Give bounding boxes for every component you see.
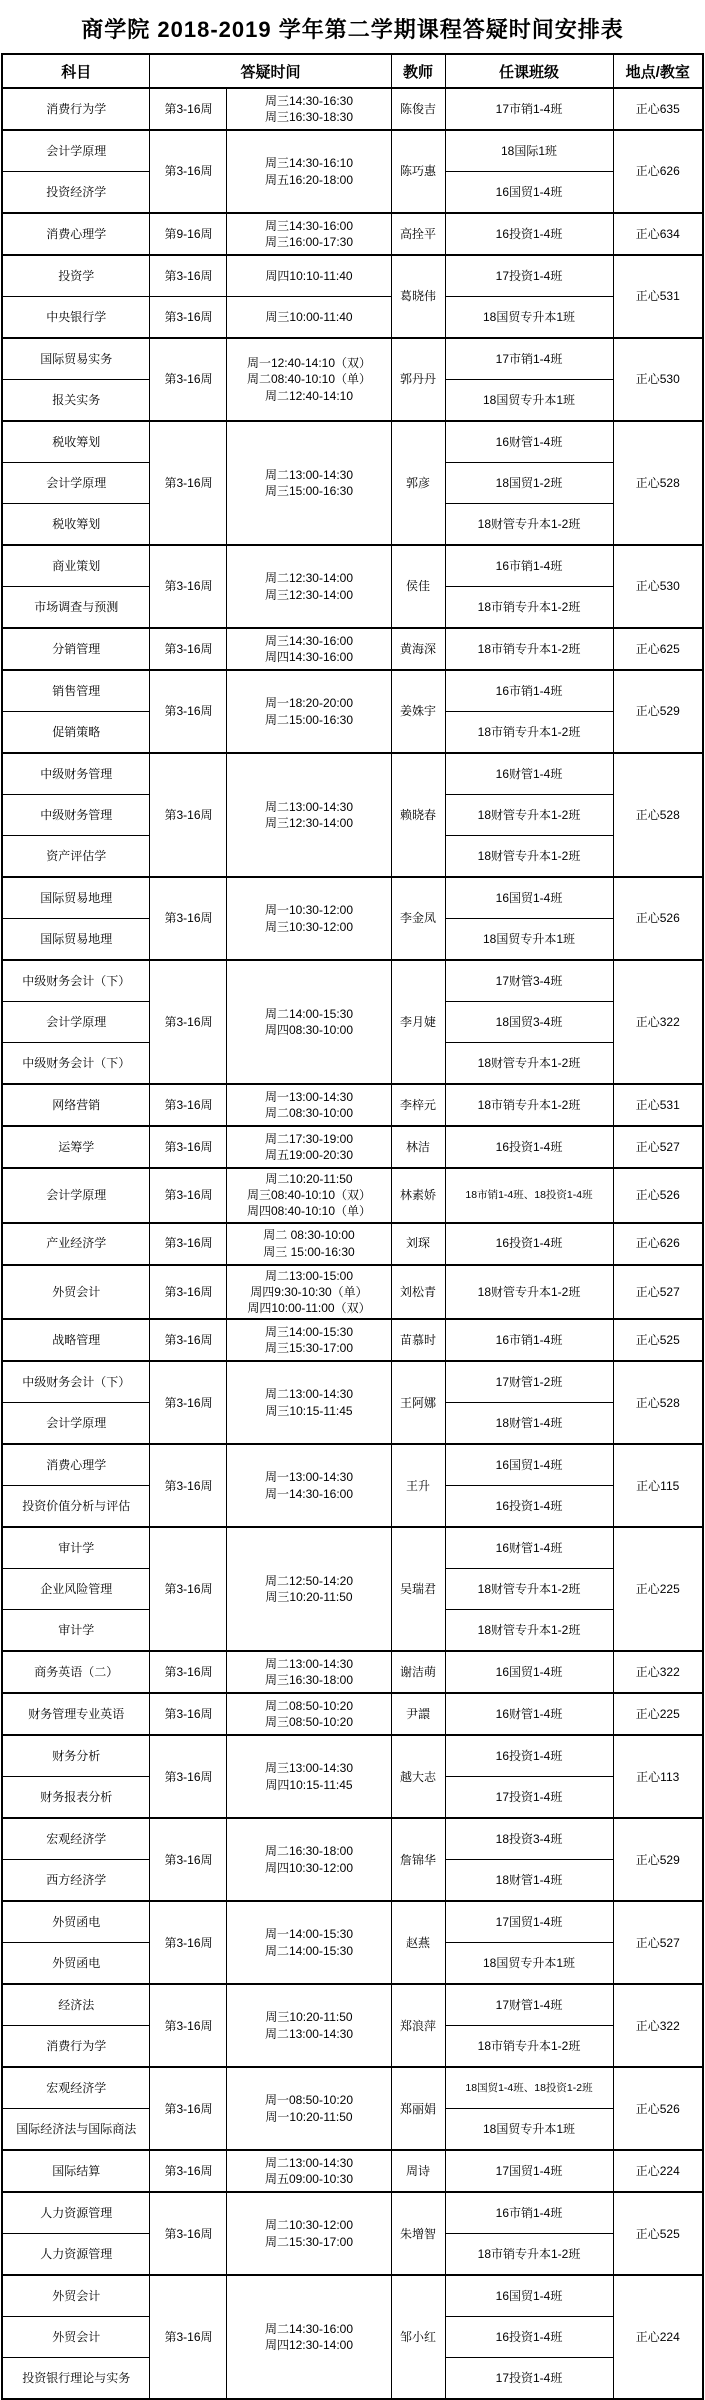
subject-cell: 产业经济学	[2, 1223, 150, 1265]
subject-cell: 财务管理专业英语	[2, 1693, 150, 1735]
room-cell: 正心530	[613, 338, 703, 421]
class-cell: 18财管专升本1-2班	[445, 1610, 613, 1652]
class-cell: 16投资1-4班	[445, 1126, 613, 1168]
class-cell: 18国贸专升本1班	[445, 297, 613, 339]
weeks-cell: 第3-16周	[150, 753, 227, 877]
room-cell: 正心528	[613, 421, 703, 545]
weeks-cell: 第3-16周	[150, 1901, 227, 1984]
room-cell: 正心322	[613, 1651, 703, 1693]
class-cell: 18财管1-4班	[445, 1403, 613, 1445]
weeks-cell: 第9-16周	[150, 213, 227, 255]
teacher-cell: 葛晓伟	[391, 255, 445, 338]
teacher-cell: 李金凤	[391, 877, 445, 960]
weeks-cell: 第3-16周	[150, 88, 227, 130]
class-cell: 16国贸1-4班	[445, 2275, 613, 2317]
subject-cell: 国际贸易地理	[2, 877, 150, 919]
class-cell: 16市销1-4班	[445, 670, 613, 712]
class-cell: 16市销1-4班	[445, 545, 613, 587]
room-cell: 正心526	[613, 1168, 703, 1223]
subject-cell: 外贸会计	[2, 2317, 150, 2358]
class-cell: 17财管3-4班	[445, 960, 613, 1002]
weeks-cell: 第3-16周	[150, 1984, 227, 2067]
teacher-cell: 陈俊吉	[391, 88, 445, 130]
teacher-cell: 姜姝宇	[391, 670, 445, 753]
table-row: 消费行为学第3-16周周三14:30-16:30 周三16:30-18:30陈俊…	[2, 88, 703, 130]
time-cell: 周一13:00-14:30 周二08:30-10:00	[227, 1084, 391, 1126]
room-cell: 正心225	[613, 1527, 703, 1651]
weeks-cell: 第3-16周	[150, 1527, 227, 1651]
room-cell: 正心224	[613, 2150, 703, 2192]
class-cell: 18财管专升本1-2班	[445, 504, 613, 546]
schedule-body: 消费行为学第3-16周周三14:30-16:30 周三16:30-18:30陈俊…	[2, 88, 703, 2399]
class-cell: 17投资1-4班	[445, 255, 613, 297]
subject-cell: 消费行为学	[2, 88, 150, 130]
weeks-cell: 第3-16周	[150, 1444, 227, 1527]
room-cell: 正心527	[613, 1126, 703, 1168]
subject-cell: 外贸函电	[2, 1901, 150, 1943]
class-cell: 16投资1-4班	[445, 1223, 613, 1265]
weeks-cell: 第3-16周	[150, 545, 227, 628]
teacher-cell: 王升	[391, 1444, 445, 1527]
class-cell: 17财管1-2班	[445, 1361, 613, 1403]
subject-cell: 报关实务	[2, 380, 150, 422]
subject-cell: 商业策划	[2, 545, 150, 587]
room-cell: 正心531	[613, 255, 703, 338]
class-cell: 17投资1-4班	[445, 2358, 613, 2400]
table-row: 销售管理第3-16周周一18:20-20:00 周二15:00-16:30姜姝宇…	[2, 670, 703, 712]
class-cell: 18国贸1-2班	[445, 463, 613, 504]
header-row: 科目 答疑时间 教师 任课班级 地点/教室	[2, 54, 703, 88]
subject-cell: 会计学原理	[2, 1403, 150, 1445]
subject-cell: 中级财务会计（下）	[2, 1361, 150, 1403]
time-cell: 周二12:30-14:00 周三12:30-14:00	[227, 545, 391, 628]
teacher-cell: 陈巧惠	[391, 130, 445, 213]
time-cell: 周一10:30-12:00 周三10:30-12:00	[227, 877, 391, 960]
subject-cell: 经济法	[2, 1984, 150, 2026]
class-cell: 17市销1-4班	[445, 88, 613, 130]
subject-cell: 消费心理学	[2, 213, 150, 255]
table-row: 外贸函电第3-16周周一14:00-15:30 周二14:00-15:30赵燕1…	[2, 1901, 703, 1943]
weeks-cell: 第3-16周	[150, 1693, 227, 1735]
class-cell: 18财管专升本1-2班	[445, 1569, 613, 1610]
weeks-cell: 第3-16周	[150, 628, 227, 670]
class-cell: 18市销专升本1-2班	[445, 1084, 613, 1126]
class-cell: 16投资1-4班	[445, 2317, 613, 2358]
teacher-cell: 黄海深	[391, 628, 445, 670]
class-cell: 16市销1-4班	[445, 1319, 613, 1361]
subject-cell: 消费心理学	[2, 1444, 150, 1486]
table-row: 中级财务会计（下）第3-16周周二14:00-15:30 周四08:30-10:…	[2, 960, 703, 1002]
subject-cell: 投资经济学	[2, 172, 150, 214]
class-cell: 18财管专升本1-2班	[445, 1043, 613, 1085]
teacher-cell: 越大志	[391, 1735, 445, 1818]
weeks-cell: 第3-16周	[150, 2067, 227, 2150]
class-cell: 17国贸1-4班	[445, 1901, 613, 1943]
weeks-cell: 第3-16周	[150, 1084, 227, 1126]
room-cell: 正心529	[613, 670, 703, 753]
table-row: 宏观经济学第3-16周周二16:30-18:00 周四10:30-12:00詹锦…	[2, 1818, 703, 1860]
class-cell: 18国贸3-4班	[445, 1002, 613, 1043]
subject-cell: 外贸函电	[2, 1943, 150, 1985]
teacher-cell: 王阿娜	[391, 1361, 445, 1444]
header-teacher: 教师	[391, 54, 445, 88]
time-cell: 周三13:00-14:30 周四10:15-11:45	[227, 1735, 391, 1818]
table-row: 经济法第3-16周周三10:20-11:50 周二13:00-14:30郑浪萍1…	[2, 1984, 703, 2026]
room-cell: 正心224	[613, 2275, 703, 2399]
schedule-page: 商学院 2018-2019 学年第二学期课程答疑时间安排表 科目 答疑时间 教师…	[0, 0, 705, 2400]
teacher-cell: 林洁	[391, 1126, 445, 1168]
weeks-cell: 第3-16周	[150, 960, 227, 1084]
table-row: 商务英语（二）第3-16周周二13:00-14:30 周三16:30-18:00…	[2, 1651, 703, 1693]
room-cell: 正心530	[613, 545, 703, 628]
weeks-cell: 第3-16周	[150, 421, 227, 545]
subject-cell: 商务英语（二）	[2, 1651, 150, 1693]
time-cell: 周二13:00-14:30 周三10:15-11:45	[227, 1361, 391, 1444]
class-cell: 18财管专升本1-2班	[445, 836, 613, 878]
table-row: 分销管理第3-16周周三14:30-16:00 周四14:30-16:00黄海深…	[2, 628, 703, 670]
weeks-cell: 第3-16周	[150, 1319, 227, 1361]
class-cell: 17市销1-4班	[445, 338, 613, 380]
class-cell: 17国贸1-4班	[445, 2150, 613, 2192]
subject-cell: 人力资源管理	[2, 2192, 150, 2234]
class-cell: 16财管1-4班	[445, 753, 613, 795]
class-cell: 18国贸专升本1班	[445, 919, 613, 961]
weeks-cell: 第3-16周	[150, 338, 227, 421]
class-cell: 18国贸专升本1班	[445, 2109, 613, 2151]
subject-cell: 中级财务管理	[2, 753, 150, 795]
teacher-cell: 邹小红	[391, 2275, 445, 2399]
weeks-cell: 第3-16周	[150, 1168, 227, 1223]
time-cell: 周二10:20-11:50 周三08:40-10:10（双） 周四08:40-1…	[227, 1168, 391, 1223]
room-cell: 正心634	[613, 213, 703, 255]
subject-cell: 促销策略	[2, 712, 150, 754]
table-row: 中央银行学第3-16周周三10:00-11:4018国贸专升本1班	[2, 297, 703, 339]
subject-cell: 国际结算	[2, 2150, 150, 2192]
time-cell: 周三14:00-15:30 周三15:30-17:00	[227, 1319, 391, 1361]
class-cell: 16国贸1-4班	[445, 1444, 613, 1486]
subject-cell: 中级财务会计（下）	[2, 1043, 150, 1085]
header-class: 任课班级	[445, 54, 613, 88]
room-cell: 正心531	[613, 1084, 703, 1126]
subject-cell: 宏观经济学	[2, 1818, 150, 1860]
time-cell: 周二13:00-15:00 周四9:30-10:30（单） 周四10:00-11…	[227, 1265, 391, 1320]
weeks-cell: 第3-16周	[150, 1651, 227, 1693]
teacher-cell: 朱增智	[391, 2192, 445, 2275]
subject-cell: 外贸会计	[2, 2275, 150, 2317]
time-cell: 周二13:00-14:30 周五09:00-10:30	[227, 2150, 391, 2192]
subject-cell: 投资学	[2, 255, 150, 297]
table-row: 国际贸易地理第3-16周周一10:30-12:00 周三10:30-12:00李…	[2, 877, 703, 919]
room-cell: 正心528	[613, 1361, 703, 1444]
weeks-cell: 第3-16周	[150, 2150, 227, 2192]
table-row: 消费心理学第3-16周周一13:00-14:30 周一14:30-16:00王升…	[2, 1444, 703, 1486]
class-cell: 16国贸1-4班	[445, 172, 613, 214]
room-cell: 正心115	[613, 1444, 703, 1527]
subject-cell: 审计学	[2, 1610, 150, 1652]
teacher-cell: 刘松青	[391, 1265, 445, 1320]
subject-cell: 市场调查与预测	[2, 587, 150, 629]
room-cell: 正心527	[613, 1901, 703, 1984]
subject-cell: 财务分析	[2, 1735, 150, 1777]
room-cell: 正心113	[613, 1735, 703, 1818]
class-cell: 18市销专升本1-2班	[445, 712, 613, 754]
teacher-cell: 侯佳	[391, 545, 445, 628]
class-cell: 16投资1-4班	[445, 1486, 613, 1528]
header-room: 地点/教室	[613, 54, 703, 88]
class-cell: 18国贸专升本1班	[445, 380, 613, 422]
subject-cell: 会计学原理	[2, 463, 150, 504]
table-row: 战略管理第3-16周周三14:00-15:30 周三15:30-17:00苗慕时…	[2, 1319, 703, 1361]
time-cell: 周一13:00-14:30 周一14:30-16:00	[227, 1444, 391, 1527]
time-cell: 周二17:30-19:00 周五19:00-20:30	[227, 1126, 391, 1168]
table-row: 人力资源管理第3-16周周二10:30-12:00 周二15:30-17:00朱…	[2, 2192, 703, 2234]
class-cell: 16市销1-4班	[445, 2192, 613, 2234]
time-cell: 周一12:40-14:10（双） 周二08:40-10:10（单） 周二12:4…	[227, 338, 391, 421]
teacher-cell: 高拴平	[391, 213, 445, 255]
table-row: 中级财务管理第3-16周周二13:00-14:30 周三12:30-14:00赖…	[2, 753, 703, 795]
time-cell: 周四10:10-11:40	[227, 255, 391, 297]
header-time: 答疑时间	[150, 54, 391, 88]
subject-cell: 会计学原理	[2, 1168, 150, 1223]
subject-cell: 宏观经济学	[2, 2067, 150, 2109]
time-cell: 周三14:30-16:00 周三16:00-17:30	[227, 213, 391, 255]
weeks-cell: 第3-16周	[150, 1818, 227, 1901]
class-cell: 16国贸1-4班	[445, 877, 613, 919]
table-row: 外贸会计第3-16周周二14:30-16:00 周四12:30-14:00邹小红…	[2, 2275, 703, 2317]
room-cell: 正心526	[613, 2067, 703, 2150]
header-subject: 科目	[2, 54, 150, 88]
class-cell: 18市销专升本1-2班	[445, 587, 613, 629]
table-row: 产业经济学第3-16周周二 08:30-10:00 周三 15:00-16:30…	[2, 1223, 703, 1265]
room-cell: 正心322	[613, 1984, 703, 2067]
subject-cell: 网络营销	[2, 1084, 150, 1126]
weeks-cell: 第3-16周	[150, 1361, 227, 1444]
room-cell: 正心225	[613, 1693, 703, 1735]
class-cell: 18市销1-4班、18投资1-4班	[445, 1168, 613, 1223]
room-cell: 正心525	[613, 1319, 703, 1361]
teacher-cell: 赖晓春	[391, 753, 445, 877]
room-cell: 正心528	[613, 753, 703, 877]
subject-cell: 国际贸易实务	[2, 338, 150, 380]
time-cell: 周二12:50-14:20 周三10:20-11:50	[227, 1527, 391, 1651]
table-row: 财务分析第3-16周周三13:00-14:30 周四10:15-11:45越大志…	[2, 1735, 703, 1777]
table-row: 国际结算第3-16周周二13:00-14:30 周五09:00-10:30周诗1…	[2, 2150, 703, 2192]
subject-cell: 会计学原理	[2, 130, 150, 172]
class-cell: 18国贸专升本1班	[445, 1943, 613, 1985]
teacher-cell: 周诗	[391, 2150, 445, 2192]
table-row: 消费心理学第9-16周周三14:30-16:00 周三16:00-17:30高拴…	[2, 213, 703, 255]
room-cell: 正心527	[613, 1265, 703, 1320]
subject-cell: 战略管理	[2, 1319, 150, 1361]
class-cell: 18市销专升本1-2班	[445, 2234, 613, 2276]
subject-cell: 会计学原理	[2, 1002, 150, 1043]
teacher-cell: 詹锦华	[391, 1818, 445, 1901]
time-cell: 周三14:30-16:00 周四14:30-16:00	[227, 628, 391, 670]
table-row: 中级财务会计（下）第3-16周周二13:00-14:30 周三10:15-11:…	[2, 1361, 703, 1403]
time-cell: 周三10:20-11:50 周二13:00-14:30	[227, 1984, 391, 2067]
weeks-cell: 第3-16周	[150, 877, 227, 960]
subject-cell: 国际贸易地理	[2, 919, 150, 961]
subject-cell: 税收筹划	[2, 421, 150, 463]
teacher-cell: 郑丽娟	[391, 2067, 445, 2150]
time-cell: 周二14:00-15:30 周四08:30-10:00	[227, 960, 391, 1084]
teacher-cell: 李月婕	[391, 960, 445, 1084]
time-cell: 周二13:00-14:30 周三12:30-14:00	[227, 753, 391, 877]
room-cell: 正心529	[613, 1818, 703, 1901]
time-cell: 周二13:00-14:30 周三16:30-18:00	[227, 1651, 391, 1693]
time-cell: 周三14:30-16:10 周五16:20-18:00	[227, 130, 391, 213]
time-cell: 周一14:00-15:30 周二14:00-15:30	[227, 1901, 391, 1984]
teacher-cell: 郭彦	[391, 421, 445, 545]
time-cell: 周三14:30-16:30 周三16:30-18:30	[227, 88, 391, 130]
weeks-cell: 第3-16周	[150, 1126, 227, 1168]
teacher-cell: 郑浪萍	[391, 1984, 445, 2067]
schedule-table: 科目 答疑时间 教师 任课班级 地点/教室 消费行为学第3-16周周三14:30…	[1, 53, 704, 2400]
subject-cell: 外贸会计	[2, 1265, 150, 1320]
teacher-cell: 尹譞	[391, 1693, 445, 1735]
table-row: 运筹学第3-16周周二17:30-19:00 周五19:00-20:30林洁16…	[2, 1126, 703, 1168]
time-cell: 周二 08:30-10:00 周三 15:00-16:30	[227, 1223, 391, 1265]
subject-cell: 人力资源管理	[2, 2234, 150, 2276]
subject-cell: 资产评估学	[2, 836, 150, 878]
table-row: 商业策划第3-16周周二12:30-14:00 周三12:30-14:00侯佳1…	[2, 545, 703, 587]
subject-cell: 审计学	[2, 1527, 150, 1569]
teacher-cell: 吴瑞君	[391, 1527, 445, 1651]
room-cell: 正心526	[613, 877, 703, 960]
room-cell: 正心525	[613, 2192, 703, 2275]
time-cell: 周二10:30-12:00 周二15:30-17:00	[227, 2192, 391, 2275]
teacher-cell: 苗慕时	[391, 1319, 445, 1361]
room-cell: 正心626	[613, 130, 703, 213]
time-cell: 周二08:50-10:20 周三08:50-10:20	[227, 1693, 391, 1735]
room-cell: 正心625	[613, 628, 703, 670]
teacher-cell: 赵燕	[391, 1901, 445, 1984]
subject-cell: 企业风险管理	[2, 1569, 150, 1610]
class-cell: 18投资3-4班	[445, 1818, 613, 1860]
subject-cell: 运筹学	[2, 1126, 150, 1168]
subject-cell: 税收筹划	[2, 504, 150, 546]
teacher-cell: 刘琛	[391, 1223, 445, 1265]
class-cell: 16财管1-4班	[445, 1527, 613, 1569]
weeks-cell: 第3-16周	[150, 1223, 227, 1265]
class-cell: 16国贸1-4班	[445, 1651, 613, 1693]
weeks-cell: 第3-16周	[150, 1265, 227, 1320]
table-row: 审计学第3-16周周二12:50-14:20 周三10:20-11:50吴瑞君1…	[2, 1527, 703, 1569]
table-row: 国际贸易实务第3-16周周一12:40-14:10（双） 周二08:40-10:…	[2, 338, 703, 380]
time-cell: 周一18:20-20:00 周二15:00-16:30	[227, 670, 391, 753]
subject-cell: 投资银行理论与实务	[2, 2358, 150, 2400]
room-cell: 正心626	[613, 1223, 703, 1265]
weeks-cell: 第3-16周	[150, 130, 227, 213]
subject-cell: 西方经济学	[2, 1860, 150, 1902]
time-cell: 周二14:30-16:00 周四12:30-14:00	[227, 2275, 391, 2399]
table-row: 宏观经济学第3-16周周一08:50-10:20 周一10:20-11:50郑丽…	[2, 2067, 703, 2109]
class-cell: 18市销专升本1-2班	[445, 628, 613, 670]
time-cell: 周一08:50-10:20 周一10:20-11:50	[227, 2067, 391, 2150]
subject-cell: 财务报表分析	[2, 1777, 150, 1819]
weeks-cell: 第3-16周	[150, 2192, 227, 2275]
subject-cell: 中级财务会计（下）	[2, 960, 150, 1002]
class-cell: 17财管1-4班	[445, 1984, 613, 2026]
room-cell: 正心635	[613, 88, 703, 130]
weeks-cell: 第3-16周	[150, 1735, 227, 1818]
class-cell: 16投资1-4班	[445, 213, 613, 255]
subject-cell: 中级财务管理	[2, 795, 150, 836]
time-cell: 周三10:00-11:40	[227, 297, 391, 339]
subject-cell: 国际经济法与国际商法	[2, 2109, 150, 2151]
table-row: 投资学第3-16周周四10:10-11:40葛晓伟17投资1-4班正心531	[2, 255, 703, 297]
class-cell: 16财管1-4班	[445, 1693, 613, 1735]
subject-cell: 销售管理	[2, 670, 150, 712]
table-row: 会计学原理第3-16周周三14:30-16:10 周五16:20-18:00陈巧…	[2, 130, 703, 172]
weeks-cell: 第3-16周	[150, 2275, 227, 2399]
room-cell: 正心322	[613, 960, 703, 1084]
time-cell: 周二16:30-18:00 周四10:30-12:00	[227, 1818, 391, 1901]
subject-cell: 分销管理	[2, 628, 150, 670]
table-row: 会计学原理第3-16周周二10:20-11:50 周三08:40-10:10（双…	[2, 1168, 703, 1223]
subject-cell: 投资价值分析与评估	[2, 1486, 150, 1528]
class-cell: 18财管专升本1-2班	[445, 1265, 613, 1320]
teacher-cell: 李梓元	[391, 1084, 445, 1126]
class-cell: 16投资1-4班	[445, 1735, 613, 1777]
weeks-cell: 第3-16周	[150, 670, 227, 753]
class-cell: 18财管1-4班	[445, 1860, 613, 1902]
table-row: 财务管理专业英语第3-16周周二08:50-10:20 周三08:50-10:2…	[2, 1693, 703, 1735]
teacher-cell: 林素娇	[391, 1168, 445, 1223]
class-cell: 17投资1-4班	[445, 1777, 613, 1819]
class-cell: 18国贸1-4班、18投资1-2班	[445, 2067, 613, 2109]
weeks-cell: 第3-16周	[150, 297, 227, 339]
table-row: 外贸会计第3-16周周二13:00-15:00 周四9:30-10:30（单） …	[2, 1265, 703, 1320]
subject-cell: 中央银行学	[2, 297, 150, 339]
teacher-cell: 郭丹丹	[391, 338, 445, 421]
class-cell: 18国际1班	[445, 130, 613, 172]
weeks-cell: 第3-16周	[150, 255, 227, 297]
subject-cell: 消费行为学	[2, 2026, 150, 2068]
time-cell: 周二13:00-14:30 周三15:00-16:30	[227, 421, 391, 545]
class-cell: 18市销专升本1-2班	[445, 2026, 613, 2068]
class-cell: 16财管1-4班	[445, 421, 613, 463]
table-row: 网络营销第3-16周周一13:00-14:30 周二08:30-10:00李梓元…	[2, 1084, 703, 1126]
class-cell: 18财管专升本1-2班	[445, 795, 613, 836]
teacher-cell: 谢洁萌	[391, 1651, 445, 1693]
table-row: 税收筹划第3-16周周二13:00-14:30 周三15:00-16:30郭彦1…	[2, 421, 703, 463]
page-title: 商学院 2018-2019 学年第二学期课程答疑时间安排表	[0, 0, 705, 53]
